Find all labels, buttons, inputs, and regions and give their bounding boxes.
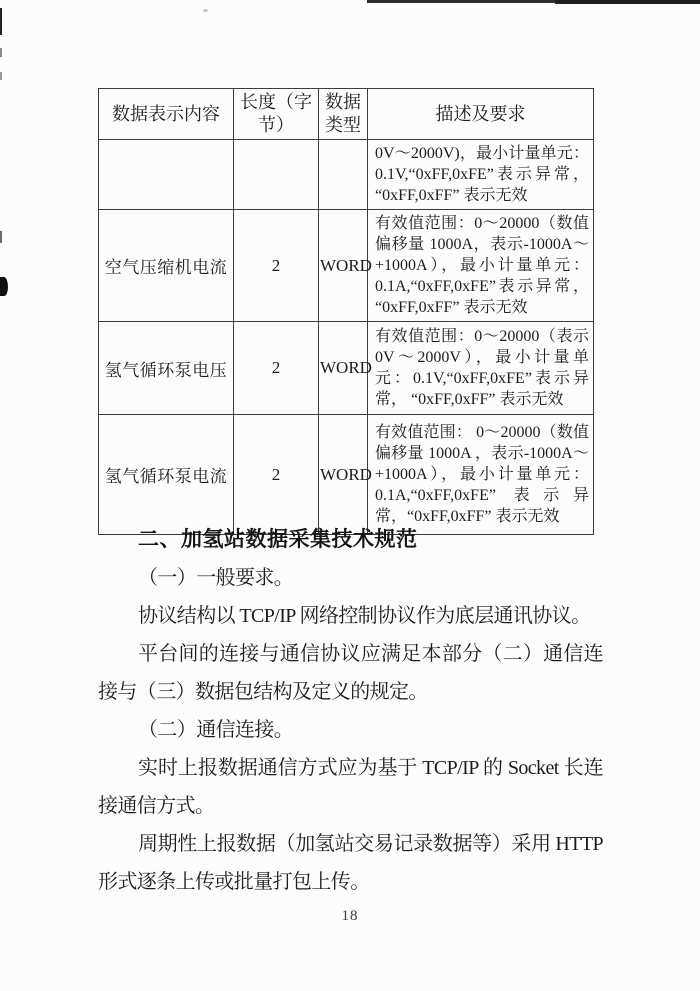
cell-type: WORD [319,210,368,322]
paragraph: 周期性上报数据（加氢站交易记录数据等）采用 HTTP 形式逐条上传或批量打包上传… [98,825,603,901]
section-body: 二、加氢站数据采集技术规范 （一）一般要求。 协议结构以 TCP/IP 网络控制… [98,521,603,901]
cell-type: WORD [319,322,368,415]
column-header-content: 数据表示内容 [99,89,234,140]
column-header-length: 长度（字节） [234,89,319,140]
cell-length: 2 [234,210,319,322]
cell-content: 氢气循环泵电压 [99,322,234,415]
scan-artifact-smudge [203,9,208,12]
table-row: 氢气循环泵电压 2 WORD 有效值范围：0～20000（表示0V～2000V）… [99,322,594,415]
scan-artifact-left-tick-3 [0,72,2,80]
paragraph: 平台间的连接与通信协议应满足本部分（二）通信连接与（三）数据包结构及定义的规定。 [98,635,603,711]
cell-description: 有效值范围：0～20000（表示0V～2000V），最小计量单元：0.1V,“0… [368,322,594,415]
column-header-description: 描述及要求 [368,89,594,140]
column-header-type: 数据类型 [319,89,368,140]
page-number: 18 [0,908,700,925]
table-row: 0V～2000V)，最小计量单元：0.1V,“0xFF,0xFE”表示异常， “… [99,140,594,210]
cell-type: WORD [319,415,368,535]
cell-length: 2 [234,322,319,415]
paragraph: （二）通信连接。 [98,711,603,749]
scan-artifact-ink-blob [0,277,8,296]
section-heading: 二、加氢站数据采集技术规范 [98,521,603,559]
paragraph: 实时上报数据通信方式应为基于 TCP/IP 的 Socket 长连接通信方式。 [98,749,603,825]
cell-content: 氢气循环泵电流 [99,415,234,535]
paragraph: 协议结构以 TCP/IP 网络控制协议作为底层通讯协议。 [98,597,603,635]
table-row: 氢气循环泵电流 2 WORD 有效值范围： 0～20000（数值偏移量 1000… [99,415,594,535]
cell-length: 2 [234,415,319,535]
scan-artifact-left-tick-4 [0,231,2,243]
cell-content [99,140,234,210]
cell-length [234,140,319,210]
cell-description: 有效值范围： 0～20000（数值偏移量 1000A ，表示-1000A～+10… [368,415,594,535]
document-page: 数据表示内容 长度（字节） 数据类型 描述及要求 0V～2000V)，最小计量单… [0,0,700,991]
cell-type [319,140,368,210]
cell-content: 空气压缩机电流 [99,210,234,322]
cell-description: 0V～2000V)，最小计量单元：0.1V,“0xFF,0xFE”表示异常， “… [368,140,594,210]
scan-artifact-left-tick-2 [0,48,2,57]
table-row: 空气压缩机电流 2 WORD 有效值范围：0～20000（数值偏移量 1000A… [99,210,594,322]
table-header-row: 数据表示内容 长度（字节） 数据类型 描述及要求 [99,89,594,140]
paragraph: （一）一般要求。 [98,559,603,597]
data-spec-table: 数据表示内容 长度（字节） 数据类型 描述及要求 0V～2000V)，最小计量单… [98,88,594,535]
scan-artifact-top-band-dark [555,0,700,4]
cell-description: 有效值范围：0～20000（数值偏移量 1000A，表示-1000A～+1000… [368,210,594,322]
scan-artifact-left-tick-1 [0,8,2,35]
